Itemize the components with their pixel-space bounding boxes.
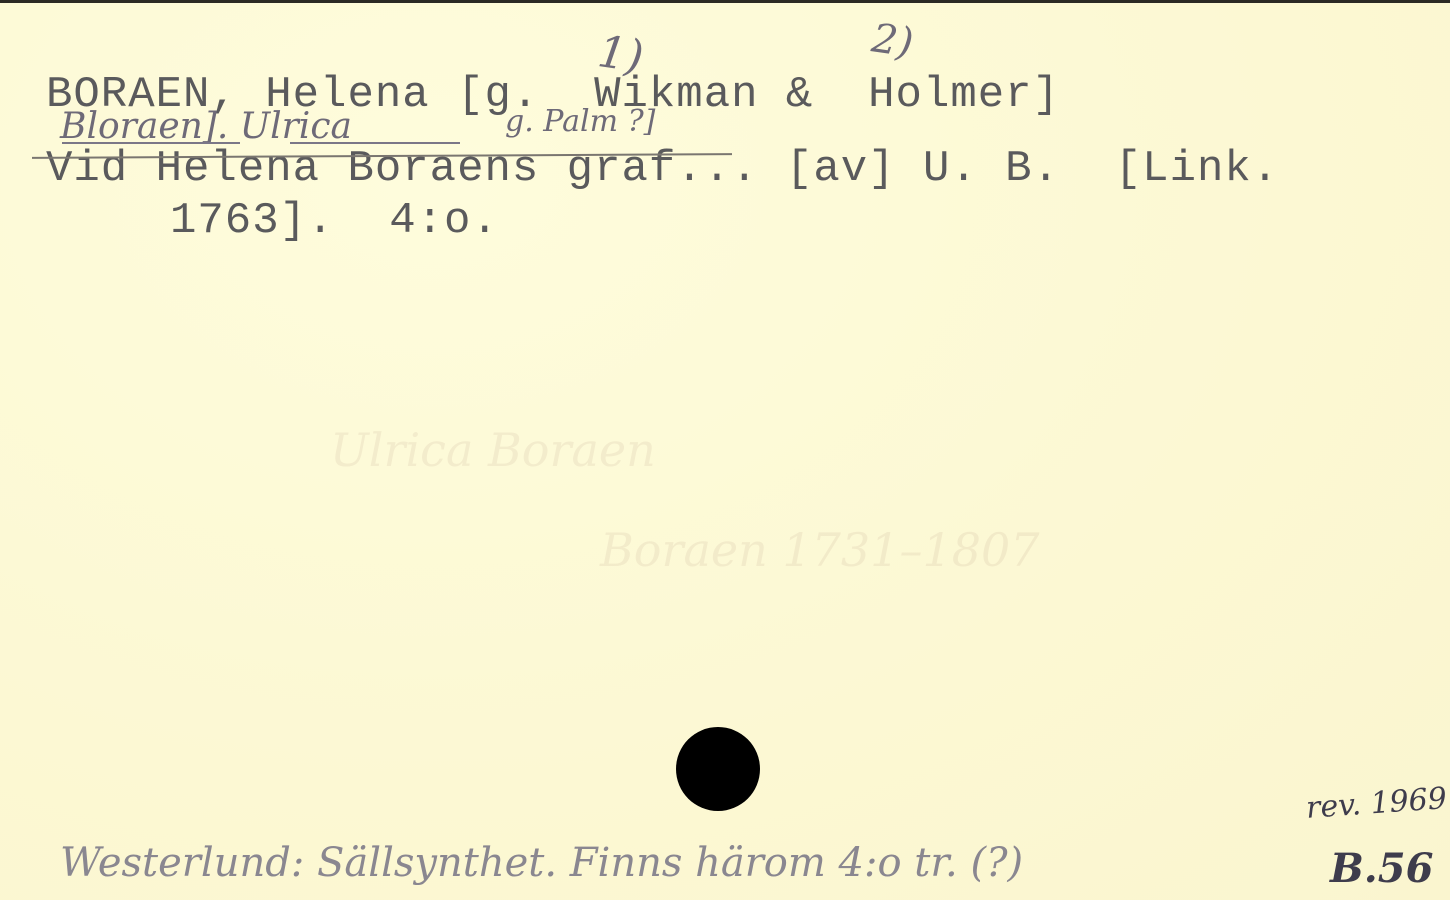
correction-married-name: g. Palm ?] [505,107,655,137]
annotation-marker-2: 2) [869,18,915,63]
correction-name: Bloraen]. Ulrica [60,109,352,145]
catalog-card: Ulrica Boraen Boraen 1731–1807 1) 2) BOR… [0,3,1450,900]
bleed-through-text: Ulrica Boraen [330,423,656,477]
punch-hole [676,727,760,811]
imprint-line: 1763]. 4:o. [170,199,499,243]
shelf-mark: B.56 [1330,849,1433,889]
revision-note: rev. 1969 [1305,784,1448,824]
bottom-pencil-note: Westerlund: Sällsynthet. Finns härom 4:o… [60,843,1023,883]
bleed-through-text: Boraen 1731–1807 [600,523,1040,577]
